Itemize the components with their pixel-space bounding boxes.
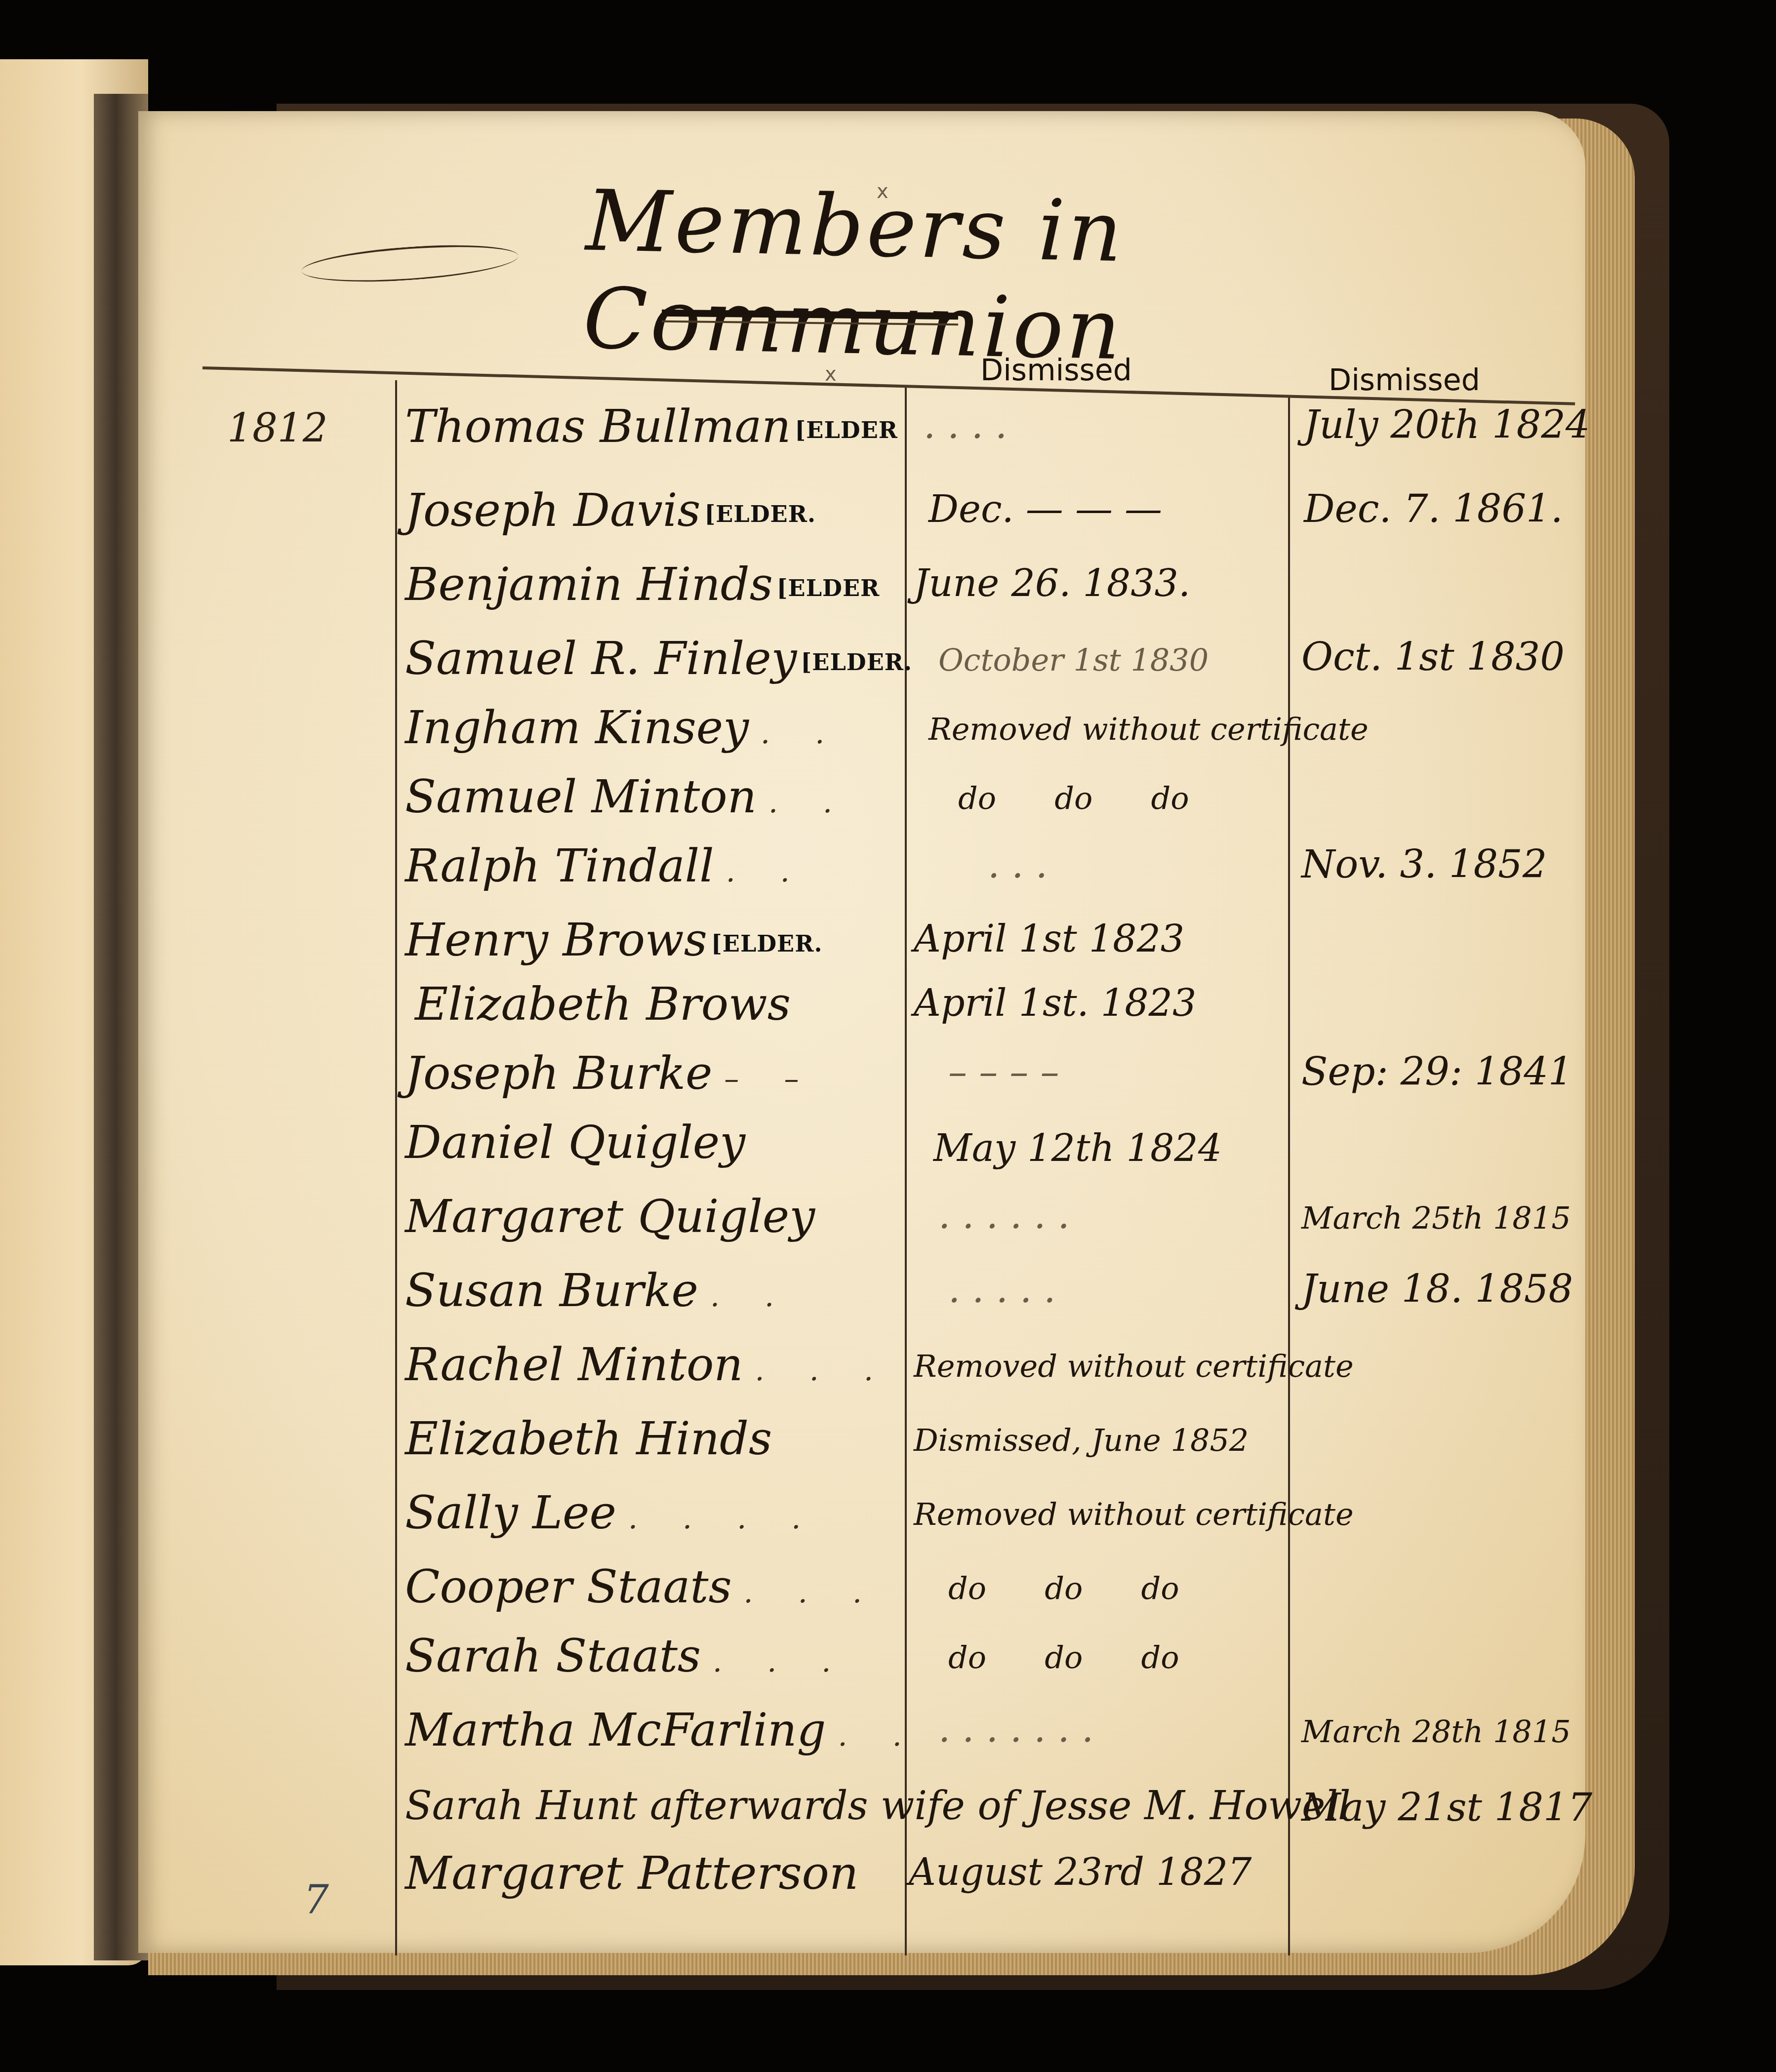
ledger-row: Margaret Quigley . . . . . . March 25th … bbox=[405, 1190, 1590, 1254]
ledger-row: Cooper Staats. . . do do do bbox=[405, 1560, 1590, 1625]
member-name: Joseph Davis[ELDER. bbox=[405, 484, 816, 537]
dismissed-date: June 18. 1858 bbox=[1301, 1267, 1573, 1312]
dismissed-date: Nov. 3. 1852 bbox=[1301, 842, 1547, 887]
member-name: Sarah Staats. . . bbox=[405, 1630, 848, 1682]
dismissed-entry: . . . . . bbox=[948, 1267, 1055, 1311]
ledger-row: Joseph Burke– – – – – – Sep: 29: 1841 bbox=[405, 1047, 1590, 1111]
dismissed-entry: . . . . . . . bbox=[938, 1707, 1093, 1751]
dismissed-date: Oct. 1st 1830 bbox=[1301, 635, 1565, 679]
column-divider-name bbox=[395, 380, 397, 1955]
member-name: Margaret Quigley bbox=[405, 1190, 815, 1243]
dismissed-entry: August 23rd 1827 bbox=[909, 1850, 1251, 1894]
ledger-row: Samuel R. Finley[ELDER. October 1st 1830… bbox=[405, 632, 1590, 696]
member-name: Ralph Tindall. . bbox=[405, 839, 807, 892]
member-name: Thomas Bullman[ELDER bbox=[405, 400, 898, 453]
member-name: Sarah Hunt afterwards wife of Jesse M. H… bbox=[405, 1783, 1351, 1829]
member-name: Joseph Burke– – bbox=[405, 1047, 816, 1100]
page-title: Members in Communion bbox=[433, 169, 1276, 382]
dismissed-entry: . . . bbox=[988, 842, 1048, 886]
ledger-row: Elizabeth Hinds Dismissed, June 1852 bbox=[405, 1412, 1590, 1476]
member-name: Martha McFarling. . bbox=[405, 1704, 920, 1756]
dismissed-entry: Dec. — — — bbox=[928, 487, 1162, 531]
ledger-row: Henry Brows[ELDER. April 1st 1823 bbox=[405, 914, 1590, 978]
dismissed-entry: May 12th 1824 bbox=[933, 1126, 1222, 1170]
ledger-row: Sarah Hunt afterwards wife of Jesse M. H… bbox=[405, 1783, 1590, 1847]
member-name: Samuel Minton. . bbox=[405, 770, 850, 823]
member-name: Susan Burke. . bbox=[405, 1264, 792, 1317]
member-name: Benjamin Hinds[ELDER bbox=[405, 558, 880, 611]
dismissed-date: March 25th 1815 bbox=[1301, 1200, 1571, 1236]
ledger-row: Daniel Quigley May 12th 1824 bbox=[405, 1116, 1590, 1180]
ledger-row: Benjamin Hinds[ELDER June 26. 1833. bbox=[405, 558, 1590, 622]
ledger-row: Ingham Kinsey. . Removed without certifi… bbox=[405, 701, 1590, 765]
member-name: Margaret Patterson bbox=[405, 1847, 858, 1900]
column-header-dismissed-1: Dismissed bbox=[980, 353, 1132, 388]
ledger-row: Elizabeth Brows April 1st. 1823 bbox=[405, 978, 1590, 1042]
ledger-row: Ralph Tindall. . . . . Nov. 3. 1852 bbox=[405, 839, 1590, 904]
dismissed-entry: do do do bbox=[948, 1639, 1179, 1675]
dismissed-entry: – – – – bbox=[948, 1050, 1059, 1094]
page-number: 7 bbox=[304, 1876, 329, 1922]
elder-tag: [ELDER. bbox=[711, 930, 822, 957]
dismissed-entry: Dismissed, June 1852 bbox=[914, 1422, 1249, 1458]
member-name: Henry Brows[ELDER. bbox=[405, 914, 822, 966]
ledger-row: Sarah Staats. . . do do do bbox=[405, 1630, 1590, 1694]
dismissed-entry: . . . . . . bbox=[938, 1193, 1070, 1237]
dismissed-entry: October 1st 1830 bbox=[938, 642, 1209, 678]
ledger-row: Joseph Davis[ELDER. Dec. — — — Dec. 7. 1… bbox=[405, 484, 1590, 548]
member-name: Ingham Kinsey. . bbox=[405, 701, 842, 754]
column-header-dismissed-2: Dismissed bbox=[1329, 363, 1480, 398]
dismissed-entry: Removed without certificate bbox=[928, 711, 1369, 747]
dismissed-entry: Removed without certificate bbox=[914, 1348, 1354, 1384]
dismissed-entry: Removed without certificate bbox=[914, 1496, 1354, 1532]
dismissed-entry: April 1st. 1823 bbox=[914, 981, 1196, 1025]
title-mark: x bbox=[877, 180, 888, 203]
year-label: 1812 bbox=[227, 405, 328, 451]
ledger-row: Sally Lee. . . . Removed without certifi… bbox=[405, 1486, 1590, 1551]
member-name: Samuel R. Finley[ELDER. bbox=[405, 632, 912, 685]
dismissed-entry: June 26. 1833. bbox=[914, 561, 1190, 605]
elder-tag: [ELDER bbox=[795, 417, 898, 443]
dismissed-date: March 28th 1815 bbox=[1301, 1713, 1571, 1750]
elder-tag: [ELDER bbox=[777, 575, 880, 601]
member-name: Cooper Staats. . . bbox=[405, 1560, 880, 1613]
member-name: Sally Lee. . . . bbox=[405, 1486, 818, 1539]
ledger-row: Margaret Patterson August 23rd 1827 bbox=[405, 1847, 1590, 1911]
column-mark: x bbox=[825, 363, 837, 386]
ledger-row: Rachel Minton. . . Removed without certi… bbox=[405, 1338, 1590, 1402]
dismissed-date: May 21st 1817 bbox=[1301, 1786, 1592, 1830]
ledger-row: Thomas Bullman[ELDER . . . . July 20th 1… bbox=[405, 400, 1590, 464]
ledger-row: Samuel Minton. . do do do bbox=[405, 770, 1590, 835]
elder-tag: [ELDER. bbox=[801, 649, 912, 676]
elder-tag: [ELDER. bbox=[705, 501, 816, 527]
dismissed-entry: April 1st 1823 bbox=[914, 916, 1184, 960]
member-name: Rachel Minton. . . bbox=[405, 1338, 891, 1391]
dismissed-date: Dec. 7. 1861. bbox=[1304, 487, 1563, 531]
dismissed-date: July 20th 1824 bbox=[1304, 403, 1590, 447]
ledger-row: Susan Burke. . . . . . . June 18. 1858 bbox=[405, 1264, 1590, 1328]
dismissed-entry: do do do bbox=[958, 780, 1189, 816]
dismissed-entry: do do do bbox=[948, 1570, 1179, 1606]
dismissed-date: Sep: 29: 1841 bbox=[1301, 1050, 1573, 1094]
member-name: Elizabeth Hinds bbox=[405, 1412, 772, 1465]
member-name: Elizabeth Brows bbox=[415, 978, 791, 1031]
ledger-row: Martha McFarling. . . . . . . . . March … bbox=[405, 1704, 1590, 1768]
dismissed-entry: . . . . bbox=[924, 403, 1007, 447]
member-name: Daniel Quigley bbox=[405, 1116, 745, 1169]
